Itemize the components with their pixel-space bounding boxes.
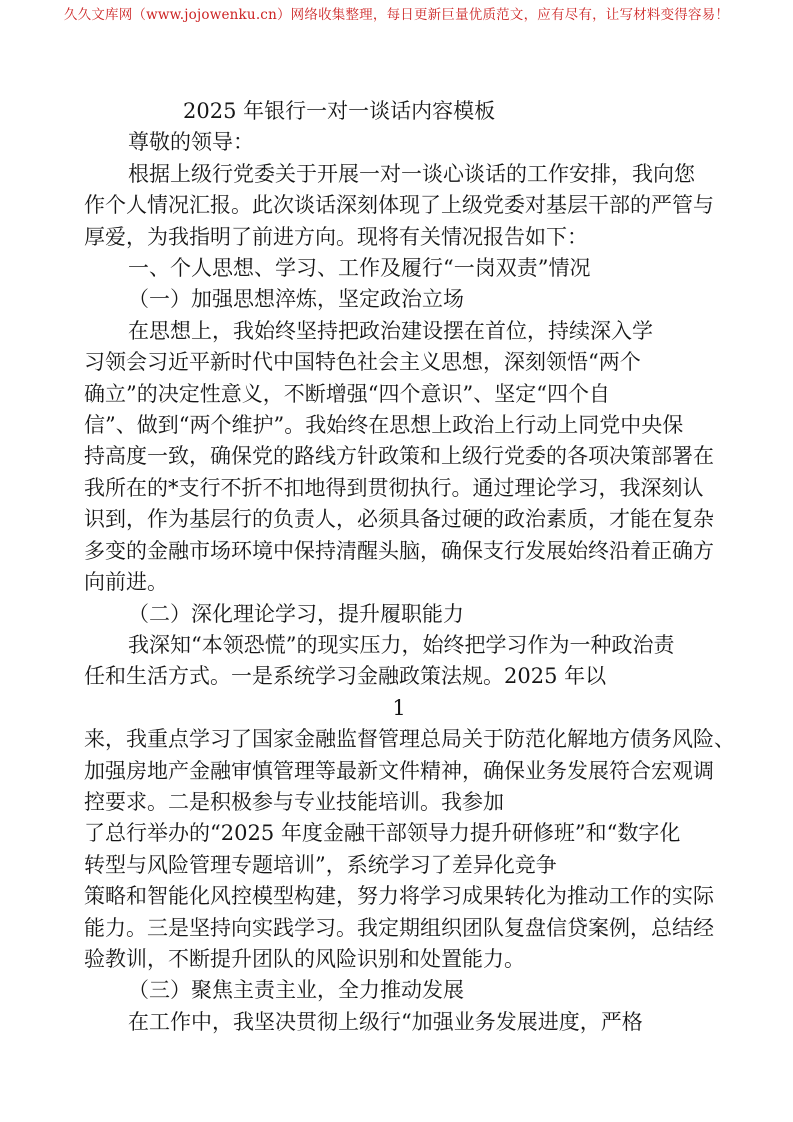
text-line: 多变的金融市场环境中保持清醒头脑，确保支行发展始终沿着正确方	[84, 536, 714, 567]
document-page: 久久文库网（www.jojowenku.cn）网络收集整理，每日更新巨量优质范文…	[0, 0, 793, 1122]
heading-1-1: （一）加强思想淬炼，坚定政治立场	[84, 284, 714, 315]
text-line: 识到，作为基层行的负责人，必须具备过硬的政治素质，才能在复杂	[84, 504, 714, 535]
text-line: 作个人情况汇报。此次谈话深刻体现了上级党委对基层干部的严管与	[84, 190, 714, 221]
text-line: 我所在的*支行不折不扣地得到贯彻执行。通过理论学习，我深刻认	[84, 473, 714, 504]
text-line: 控要求。二是积极参与专业技能培训。我参加	[84, 787, 714, 818]
text-line: 来，我重点学习了国家金融监督管理总局关于防范化解地方债务风险、	[84, 724, 714, 755]
heading-1-2: （二）深化理论学习，提升履职能力	[84, 599, 714, 630]
document-title: 2025 年银行一对一谈话内容模板	[84, 96, 714, 127]
text-line: 根据上级行党委关于开展一对一谈心谈话的工作安排，我向您	[84, 159, 714, 190]
text-line: 向前进。	[84, 567, 714, 598]
text-line: 确立”的决定性意义，不断增强“四个意识”、坚定“四个自	[84, 379, 714, 410]
text-line: 信”、做到“两个维护”。我始终在思想上政治上行动上同党中央保	[84, 410, 714, 441]
text-line: 验教训，不断提升团队的风险识别和处置能力。	[84, 944, 714, 975]
text-line: 了总行举办的“2025 年度金融干部领导力提升研修班”和“数字化	[84, 818, 714, 849]
document-body: 2025 年银行一对一谈话内容模板尊敬的领导：根据上级行党委关于开展一对一谈心谈…	[84, 96, 714, 1038]
text-line: 习领会习近平新时代中国特色社会主义思想，深刻领悟“两个	[84, 347, 714, 378]
text-line: 转型与风险管理专题培训”，系统学习了差异化竞争	[84, 850, 714, 881]
heading-1: 一、个人思想、学习、工作及履行“一岗双责”情况	[84, 253, 714, 284]
heading-1-3: （三）聚焦主责主业，全力推动发展	[84, 975, 714, 1006]
text-line: 策略和智能化风控模型构建，努力将学习成果转化为推动工作的实际	[84, 881, 714, 912]
text-line: 任和生活方式。一是系统学习金融政策法规。2025 年以	[84, 661, 714, 692]
text-line: 加强房地产金融审慎管理等最新文件精神，确保业务发展符合宏观调	[84, 756, 714, 787]
text-line: 我深知“本领恐慌”的现实压力，始终把学习作为一种政治责	[84, 630, 714, 661]
text-line: 能力。三是坚持向实践学习。我定期组织团队复盘信贷案例，总结经	[84, 913, 714, 944]
text-line: 在思想上，我始终坚持把政治建设摆在首位，持续深入学	[84, 316, 714, 347]
page-number: 1	[84, 693, 714, 724]
text-line: 厚爱，为我指明了前进方向。现将有关情况报告如下：	[84, 222, 714, 253]
watermark-header: 久久文库网（www.jojowenku.cn）网络收集整理，每日更新巨量优质范文…	[0, 6, 793, 24]
text-line: 在工作中，我坚决贯彻上级行“加强业务发展进度，严格	[84, 1007, 714, 1038]
salutation: 尊敬的领导：	[84, 127, 714, 158]
text-line: 持高度一致，确保党的路线方针政策和上级行党委的各项决策部署在	[84, 441, 714, 472]
